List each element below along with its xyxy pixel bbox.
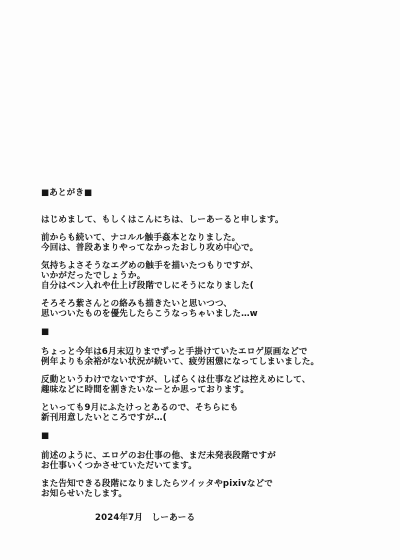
text-line: お知らせいたします。 [41,489,371,499]
paragraph-book-theme: 前からも続いて、ナコルル触手姦本となりました。 今回は、普段あまりやってなかった… [41,233,371,253]
paragraph-drawing-comment: 気持ちよさそうなエグめの触手を描いたつもりですが、 いかがだったでしょうか。 自… [41,261,371,291]
paragraph-unannounced-work: 前述のように、エロゲのお仕事の他、まだ未発表段階ですが お仕事いくつかさせていた… [41,451,371,471]
text-line: 新刊用意したいところですが…( [41,413,371,423]
text-line: いかがだったでしょうか。 [41,271,371,281]
text-line: 例年よりも余裕がない状況が続いて、疲労困憊になってしまいました。 [41,357,371,367]
afterword-page: ■あとがき■ はじめまして、もしくはこんにちは、しーあーると申します。 前からも… [0,0,400,560]
text-line: また告知できる段階になりましたらツイッタやpixivなどで [41,479,371,489]
afterword-heading: ■あとがき■ [41,188,371,198]
paragraph-hobby-time: 反動というわけでないですが、しばらくは仕事などは控えめにして、 趣味などに時間を… [41,375,371,395]
text-line: 思いついたものを優先したらこうなっちゃいました…w [41,309,371,319]
text-line: はじめまして、もしくはこんにちは、しーあーると申します。 [41,215,371,225]
text-line: 自分はペン入れや仕上げ段階でしにそうになりました( [41,281,371,291]
section-divider: ■ [41,327,371,337]
text-line: 気持ちよさそうなエグめの触手を描いたつもりですが、 [41,261,371,271]
afterword-text-block: ■あとがき■ はじめまして、もしくはこんにちは、しーあーると申します。 前からも… [41,188,371,523]
paragraph-announcement-channels: また告知できる段階になりましたらツイッタやpixivなどで お知らせいたします。 [41,479,371,499]
paragraph-work-status: ちょっと今年は6月末辺りまでずっと手掛けていたエロゲ原画などで 例年よりも余裕が… [41,347,371,367]
text-line: ちょっと今年は6月末辺りまでずっと手掛けていたエロゲ原画などで [41,347,371,357]
paragraph-next-idea: そろそろ紫さんとの絡みも描きたいと思いつつ、 思いついたものを優先したらこうなっ… [41,299,371,319]
text-line: そろそろ紫さんとの絡みも描きたいと思いつつ、 [41,299,371,309]
section-divider: ■ [41,431,371,441]
date-signature: 2024年7月 しーあーる [41,513,371,523]
paragraph-greeting: はじめまして、もしくはこんにちは、しーあーると申します。 [41,215,371,225]
text-line: 今回は、普段あまりやってなかったおしり攻め中心で。 [41,243,371,253]
text-line: 趣味などに時間を割きたいなーとか思っております。 [41,385,371,395]
text-line: 前述のように、エロゲのお仕事の他、まだ未発表段階ですが [41,451,371,461]
text-line: 前からも続いて、ナコルル触手姦本となりました。 [41,233,371,243]
text-line: お仕事いくつかさせていただいてます。 [41,461,371,471]
text-line: といっても9月にふたけっとあるので、そちらにも [41,403,371,413]
text-line: 反動というわけでないですが、しばらくは仕事などは控えめにして、 [41,375,371,385]
paragraph-event-plan: といっても9月にふたけっとあるので、そちらにも 新刊用意したいところですが…( [41,403,371,423]
